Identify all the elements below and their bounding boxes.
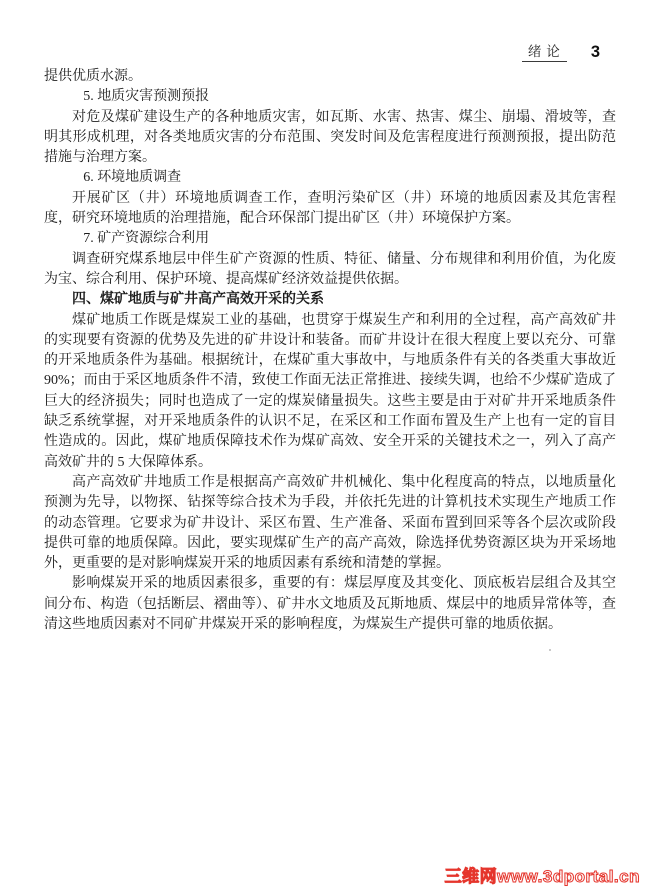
paragraph: 煤矿地质工作既是煤炭工业的基础，也贯穿于煤炭生产和利用的全过程，高产高效矿井的实…: [44, 311, 616, 473]
book-page: 绪论 3 提供优质水源。 5. 地质灾害预测预报 对危及煤矿建设生产的各种地质灾…: [0, 0, 668, 895]
paragraph-continuation: 提供优质水源。: [44, 67, 616, 87]
running-header: 绪论 3: [0, 40, 600, 62]
numbered-heading-7: 7. 矿产资源综合利用: [44, 229, 616, 249]
scan-speck: [549, 649, 551, 651]
numbered-heading-5: 5. 地质灾害预测预报: [44, 87, 616, 107]
paragraph: 对危及煤矿建设生产的各种地质灾害，如瓦斯、水害、热害、煤尘、崩塌、滑坡等，查明其…: [44, 108, 616, 169]
chapter-title: 绪论: [522, 40, 567, 62]
paragraph: 影响煤炭开采的地质因素很多，重要的有：煤层厚度及其变化、顶底板岩层组合及其空间分…: [44, 574, 616, 635]
paragraph: 调查研究煤系地层中伴生矿产资源的性质、特征、储量、分布规律和利用价值，为化废为宝…: [44, 250, 616, 291]
paragraph: 开展矿区（井）环境地质调查工作，查明污染矿区（井）环境的地质因素及其危害程度，研…: [44, 189, 616, 230]
page-number: 3: [591, 43, 600, 62]
section-heading-4: 四、煤矿地质与矿井高产高效开采的关系: [44, 290, 616, 310]
body-text: 提供优质水源。 5. 地质灾害预测预报 对危及煤矿建设生产的各种地质灾害，如瓦斯…: [44, 67, 616, 635]
numbered-heading-6: 6. 环境地质调查: [44, 168, 616, 188]
paragraph: 高产高效矿井地质工作是根据高产高效矿井机械化、集中化程度高的特点，以地质量化预测…: [44, 473, 616, 574]
site-watermark: 三维网www.3dportal.cn: [445, 862, 640, 887]
